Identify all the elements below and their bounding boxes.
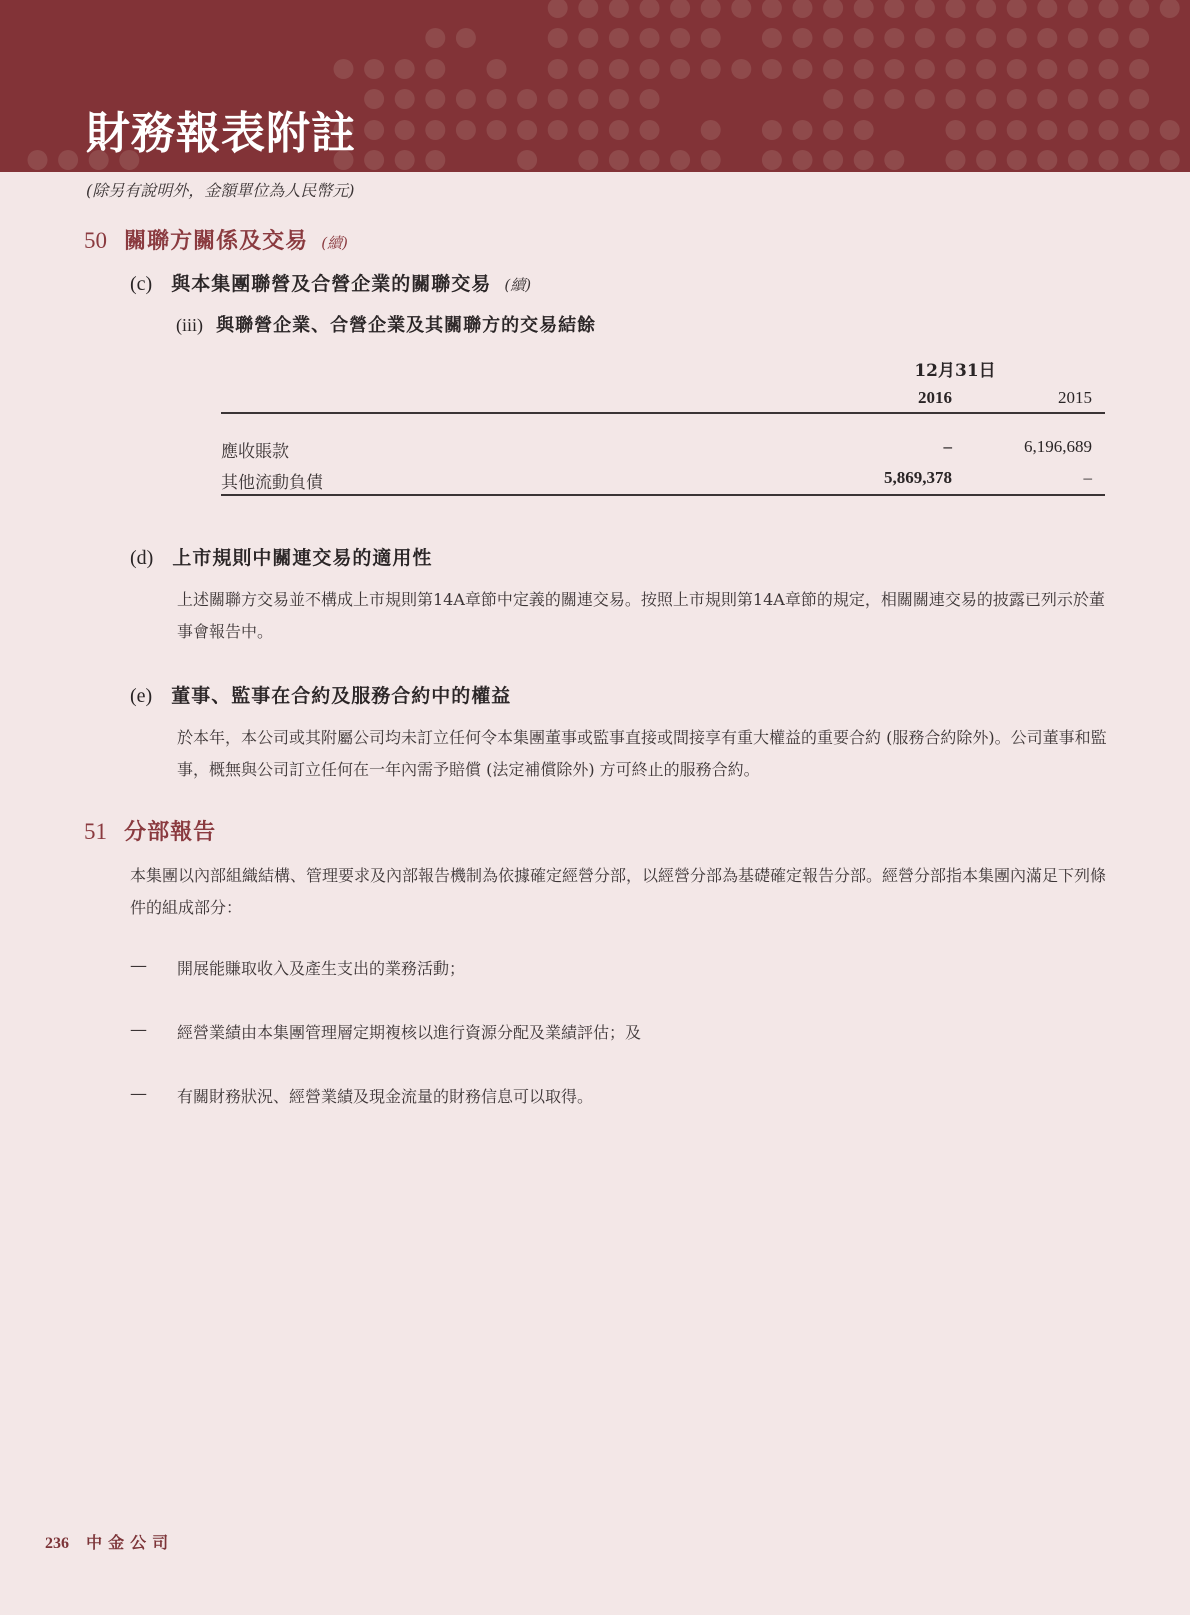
page-footer: 236 中金公司 — [45, 1530, 174, 1553]
table-group-header: 12月31日 — [900, 356, 1010, 381]
subsection-e-heading: (e) 董事、監事在合約及服務合約中的權益 — [130, 681, 511, 708]
dash-bullet-icon: — — [130, 1020, 147, 1040]
value-2016: 5,869,378 — [840, 468, 952, 488]
section-title: 關聯方關係及交易 — [124, 228, 308, 254]
column-header-2015: 2015 — [980, 388, 1092, 408]
subsection-label: (e) — [130, 685, 152, 707]
page-title: 財務報表附註 — [86, 106, 356, 162]
subsection-label: (d) — [130, 547, 153, 569]
value-2015: – — [980, 468, 1092, 488]
column-header-2016: 2016 — [840, 388, 952, 408]
subsection-d-heading: (d) 上市規則中關連交易的適用性 — [130, 543, 432, 570]
table-bottom-rule — [221, 494, 1105, 496]
value-2016: – — [840, 437, 952, 457]
value-2015: 6,196,689 — [980, 437, 1092, 457]
section-51-intro: 本集團以內部組織結構、管理要求及內部報告機制為依據確定經營分部，以經營分部為基礎… — [130, 860, 1107, 924]
table-header-rule — [221, 412, 1105, 414]
continued-label: (續) — [504, 276, 531, 294]
page-number: 236 — [45, 1535, 69, 1552]
subsection-iii-heading: (iii) 與聯營企業、合營企業及其關聯方的交易結餘 — [176, 311, 596, 337]
subsection-label: (iii) — [176, 315, 203, 335]
list-item-text: 經營業績由本集團管理層定期複核以進行資源分配及業績評估；及 — [177, 1020, 641, 1043]
subsection-title: 董事、監事在合約及服務合約中的權益 — [171, 685, 511, 707]
subsection-title: 上市規則中關連交易的適用性 — [172, 547, 432, 569]
subsection-c-heading: (c) 與本集團聯營及合營企業的關聯交易 (續) — [130, 269, 531, 296]
subsection-label: (c) — [130, 273, 152, 295]
section-number: 51 — [84, 819, 107, 844]
subsection-title: 與本集團聯營及合營企業的關聯交易 — [171, 273, 491, 295]
subsection-d-body: 上述關聯方交易並不構成上市規則第14A章節中定義的關連交易。按照上市規則第14A… — [177, 584, 1107, 648]
section-title: 分部報告 — [124, 819, 216, 845]
section-51-heading: 51 分部報告 — [84, 815, 216, 846]
section-number: 50 — [84, 228, 107, 253]
subsection-e-body: 於本年，本公司或其附屬公司均未訂立任何令本集團董事或監事直接或間接享有重大權益的… — [177, 722, 1107, 786]
list-item-text: 開展能賺取收入及產生支出的業務活動； — [177, 956, 465, 979]
header-banner: 財務報表附註 — [0, 0, 1190, 172]
row-label: 其他流動負債 — [221, 468, 323, 493]
dash-bullet-icon: — — [130, 956, 147, 976]
company-name: 中金公司 — [86, 1533, 174, 1552]
list-item-text: 有關財務狀況、經營業績及現金流量的財務信息可以取得。 — [177, 1084, 593, 1107]
row-label: 應收賬款 — [221, 437, 289, 462]
section-50-heading: 50 關聯方關係及交易 (續) — [84, 224, 348, 255]
dash-bullet-icon: — — [130, 1084, 147, 1104]
continued-label: (續) — [321, 234, 348, 252]
subsection-title: 與聯營企業、合營企業及其關聯方的交易結餘 — [216, 315, 596, 336]
currency-note: (除另有說明外，金額單位為人民幣元) — [86, 178, 355, 201]
